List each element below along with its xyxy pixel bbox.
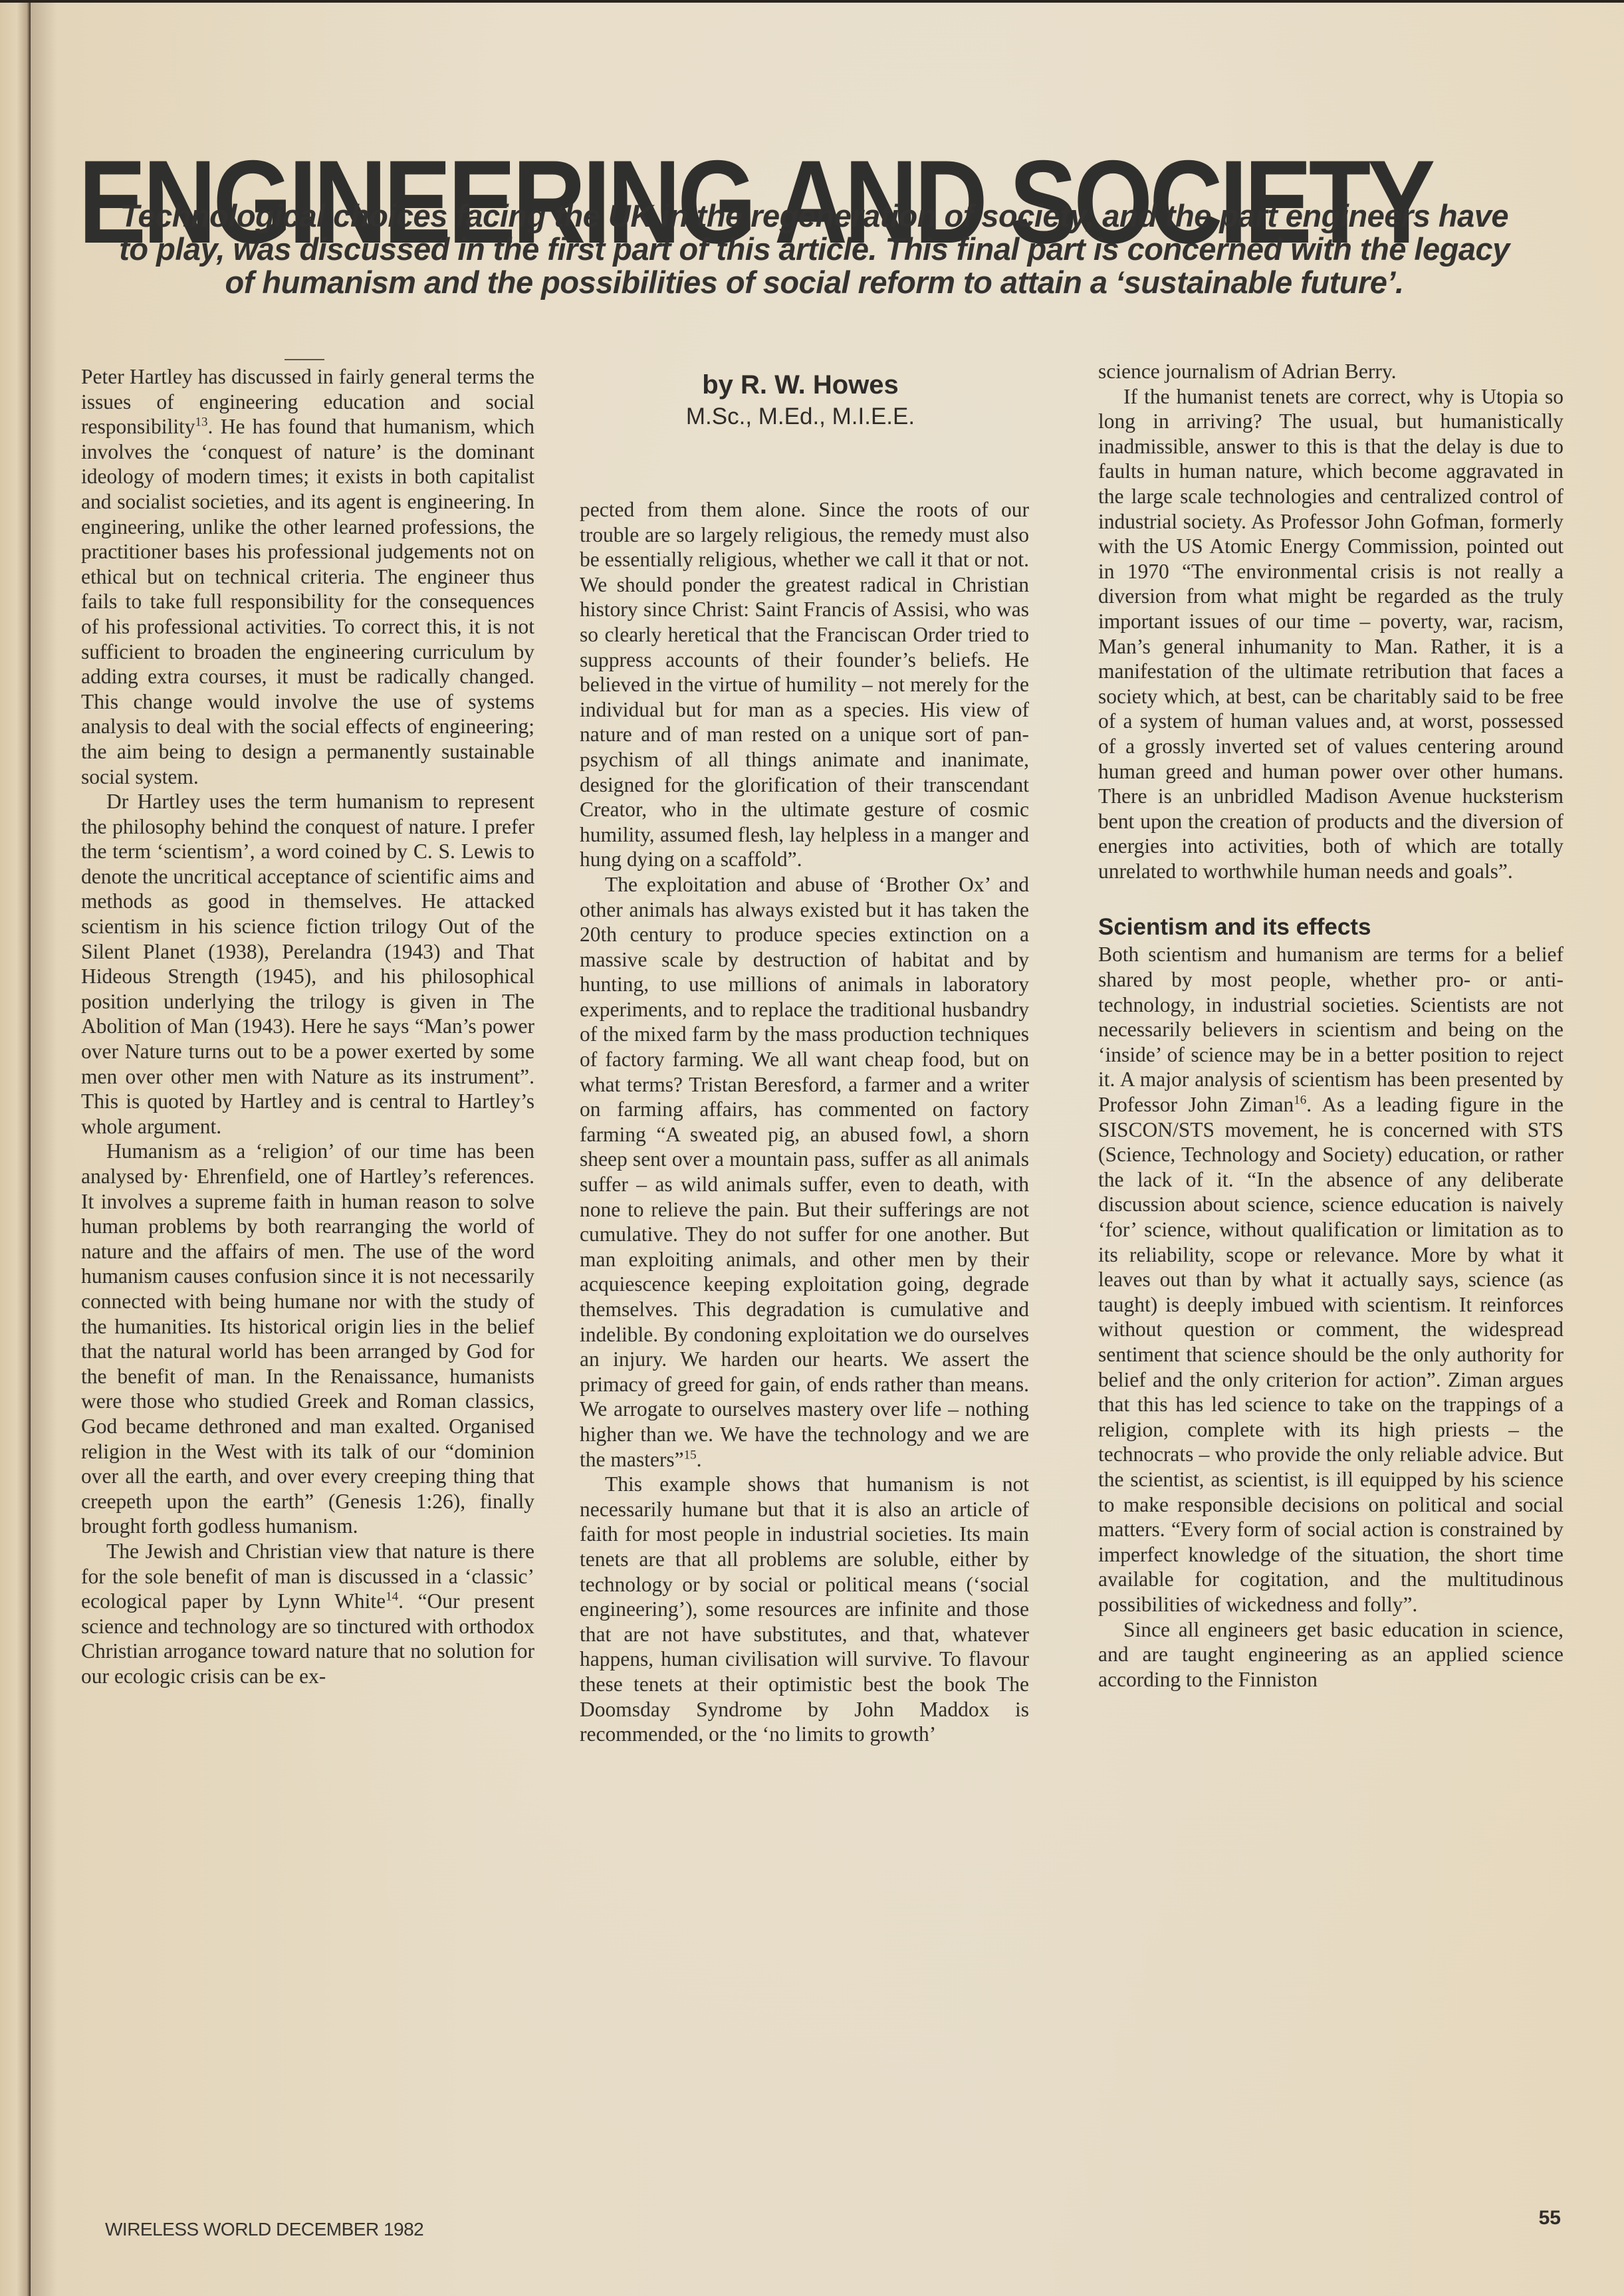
paragraph: Humanism as a ‘religion’ of our time has… <box>81 1139 534 1539</box>
author-credentials: M.Sc., M.Ed., M.I.E.E. <box>577 402 1024 431</box>
gutter-shadow <box>31 0 57 2296</box>
article-standfirst: Technological choices facing the UK in t… <box>116 199 1512 299</box>
column-1: Peter Hartley has discussed in fairly ge… <box>81 364 534 1688</box>
publication-footer: WIRELESS WORLD DECEMBER 1982 <box>105 2219 423 2240</box>
footnote-reference: 15 <box>684 1448 697 1462</box>
paragraph: This example shows that humanism is not … <box>580 1472 1029 1747</box>
footnote-reference: 13 <box>195 415 208 429</box>
column-2: pected from them alone. Since the roots … <box>580 497 1029 1747</box>
byline: by R. W. Howes M.Sc., M.Ed., M.I.E.E. <box>577 369 1024 431</box>
page-binding-edge <box>0 0 31 2296</box>
paragraph: Dr Hartley uses the term humanism to rep… <box>81 789 534 1139</box>
paragraph: Since all engineers get basic education … <box>1098 1617 1564 1692</box>
footnote-reference: 14 <box>386 1590 398 1604</box>
page-number: 55 <box>1539 2207 1561 2230</box>
section-subheading: Scientism and its effects <box>1098 914 1564 941</box>
footnote-reference: 16 <box>1294 1093 1306 1107</box>
column-top-mark <box>285 359 324 360</box>
column-3-intro: science journalism of Adrian Berry.If th… <box>1098 359 1564 883</box>
paragraph: science journalism of Adrian Berry. <box>1098 359 1564 384</box>
paragraph: The exploitation and abuse of ‘Brother O… <box>580 872 1029 1472</box>
column-3-section: Both scientism and humanism are terms fo… <box>1098 942 1564 1692</box>
scan-top-edge <box>0 0 1624 3</box>
paragraph: If the humanist tenets are correct, why … <box>1098 384 1564 884</box>
paragraph: pected from them alone. Since the roots … <box>580 497 1029 872</box>
author-name: by R. W. Howes <box>577 369 1024 401</box>
paragraph: The Jewish and Christian view that natur… <box>81 1539 534 1689</box>
paragraph: Both scientism and humanism are terms fo… <box>1098 942 1564 1617</box>
paragraph: Peter Hartley has discussed in fairly ge… <box>81 364 534 789</box>
column-3: science journalism of Adrian Berry.If th… <box>1098 359 1564 1692</box>
